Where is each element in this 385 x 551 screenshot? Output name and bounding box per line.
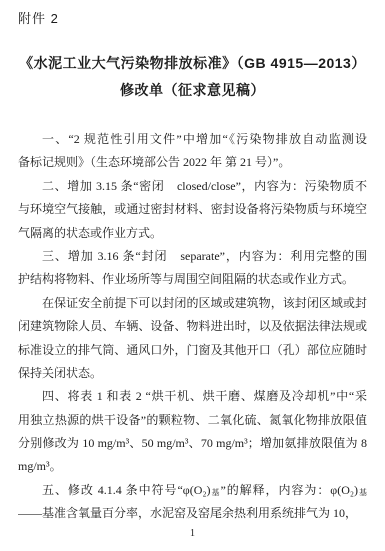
- text-line: 一、“2 规范性引用文件”中增加“《污染物排放自动监测设: [18, 128, 367, 151]
- text-line: 在保证安全前提下可以封闭的区域或建筑物，该封闭区域或封: [18, 292, 367, 315]
- text-line: 与环境空气接触，或通过密封材料、密封设备将污染物质与环境空: [18, 198, 367, 221]
- text-line: 三、增加 3.16 条“封闭 separate”，内容为：利用完整的围: [18, 245, 367, 268]
- document-page: 附件 2 《水泥工业大气污染物排放标准》（GB 4915—2013） 修改单（征…: [0, 0, 385, 551]
- text-line: 二、增加 3.15 条“密闭 closed/close”，内容为：污染物质不: [18, 175, 367, 198]
- text-line: 气隔离的状态或作业方式。: [18, 222, 367, 245]
- text-line: 分别修改为 10 mg/m³、50 mg/m³、70 mg/m³；增加氨排放限值…: [18, 432, 367, 455]
- subscript-text: 基: [211, 488, 221, 497]
- title-line-1: 《水泥工业大气污染物排放标准》（GB 4915—2013）: [0, 50, 385, 77]
- subscript-text: 基: [358, 488, 367, 497]
- text-line: 备标记规则》（生态环境部公告 2022 年 第 21 号）”。: [18, 151, 367, 174]
- text-line: 保持关闭状态。: [18, 362, 367, 385]
- text-line: 用独立热源的烘干设备”的颗粒物、二氧化硫、氮氧化物排放限值: [18, 409, 367, 432]
- text-segment: 五、修改 4.1.4 条中符号“φ(O₂): [42, 483, 211, 497]
- body-text: 一、“2 规范性引用文件”中增加“《污染物排放自动监测设 备标记规则》（生态环境…: [18, 128, 367, 526]
- text-line: mg/m³。: [18, 455, 367, 478]
- text-line: 护结构将物料、作业场所等与周围空间阻隔的状态或作业方式。: [18, 268, 367, 291]
- page-number: 1: [0, 528, 385, 539]
- text-line: 标准设立的排气筒、通风口外，门窗及其他开口（孔）部位应随时: [18, 339, 367, 362]
- text-line: 闭建筑物除人员、车辆、设备、物料进出时，以及依据法律法规或: [18, 315, 367, 338]
- text-line: 四、将表 1 和表 2 “烘干机、烘干磨、煤磨及冷却机”中“采: [18, 385, 367, 408]
- text-line-with-subscript: 五、修改 4.1.4 条中符号“φ(O₂)基”的解释，内容为：φ(O₂)基: [18, 479, 367, 502]
- text-line: ——基准含氧量百分率，水泥窑及窑尾余热利用系统排气为 10，: [18, 502, 367, 525]
- attachment-label: 附件 2: [18, 8, 59, 27]
- title-line-2: 修改单（征求意见稿）: [0, 77, 385, 104]
- document-title: 《水泥工业大气污染物排放标准》（GB 4915—2013） 修改单（征求意见稿）: [0, 50, 385, 104]
- text-segment: ”的解释，内容为：φ(O₂): [220, 483, 358, 497]
